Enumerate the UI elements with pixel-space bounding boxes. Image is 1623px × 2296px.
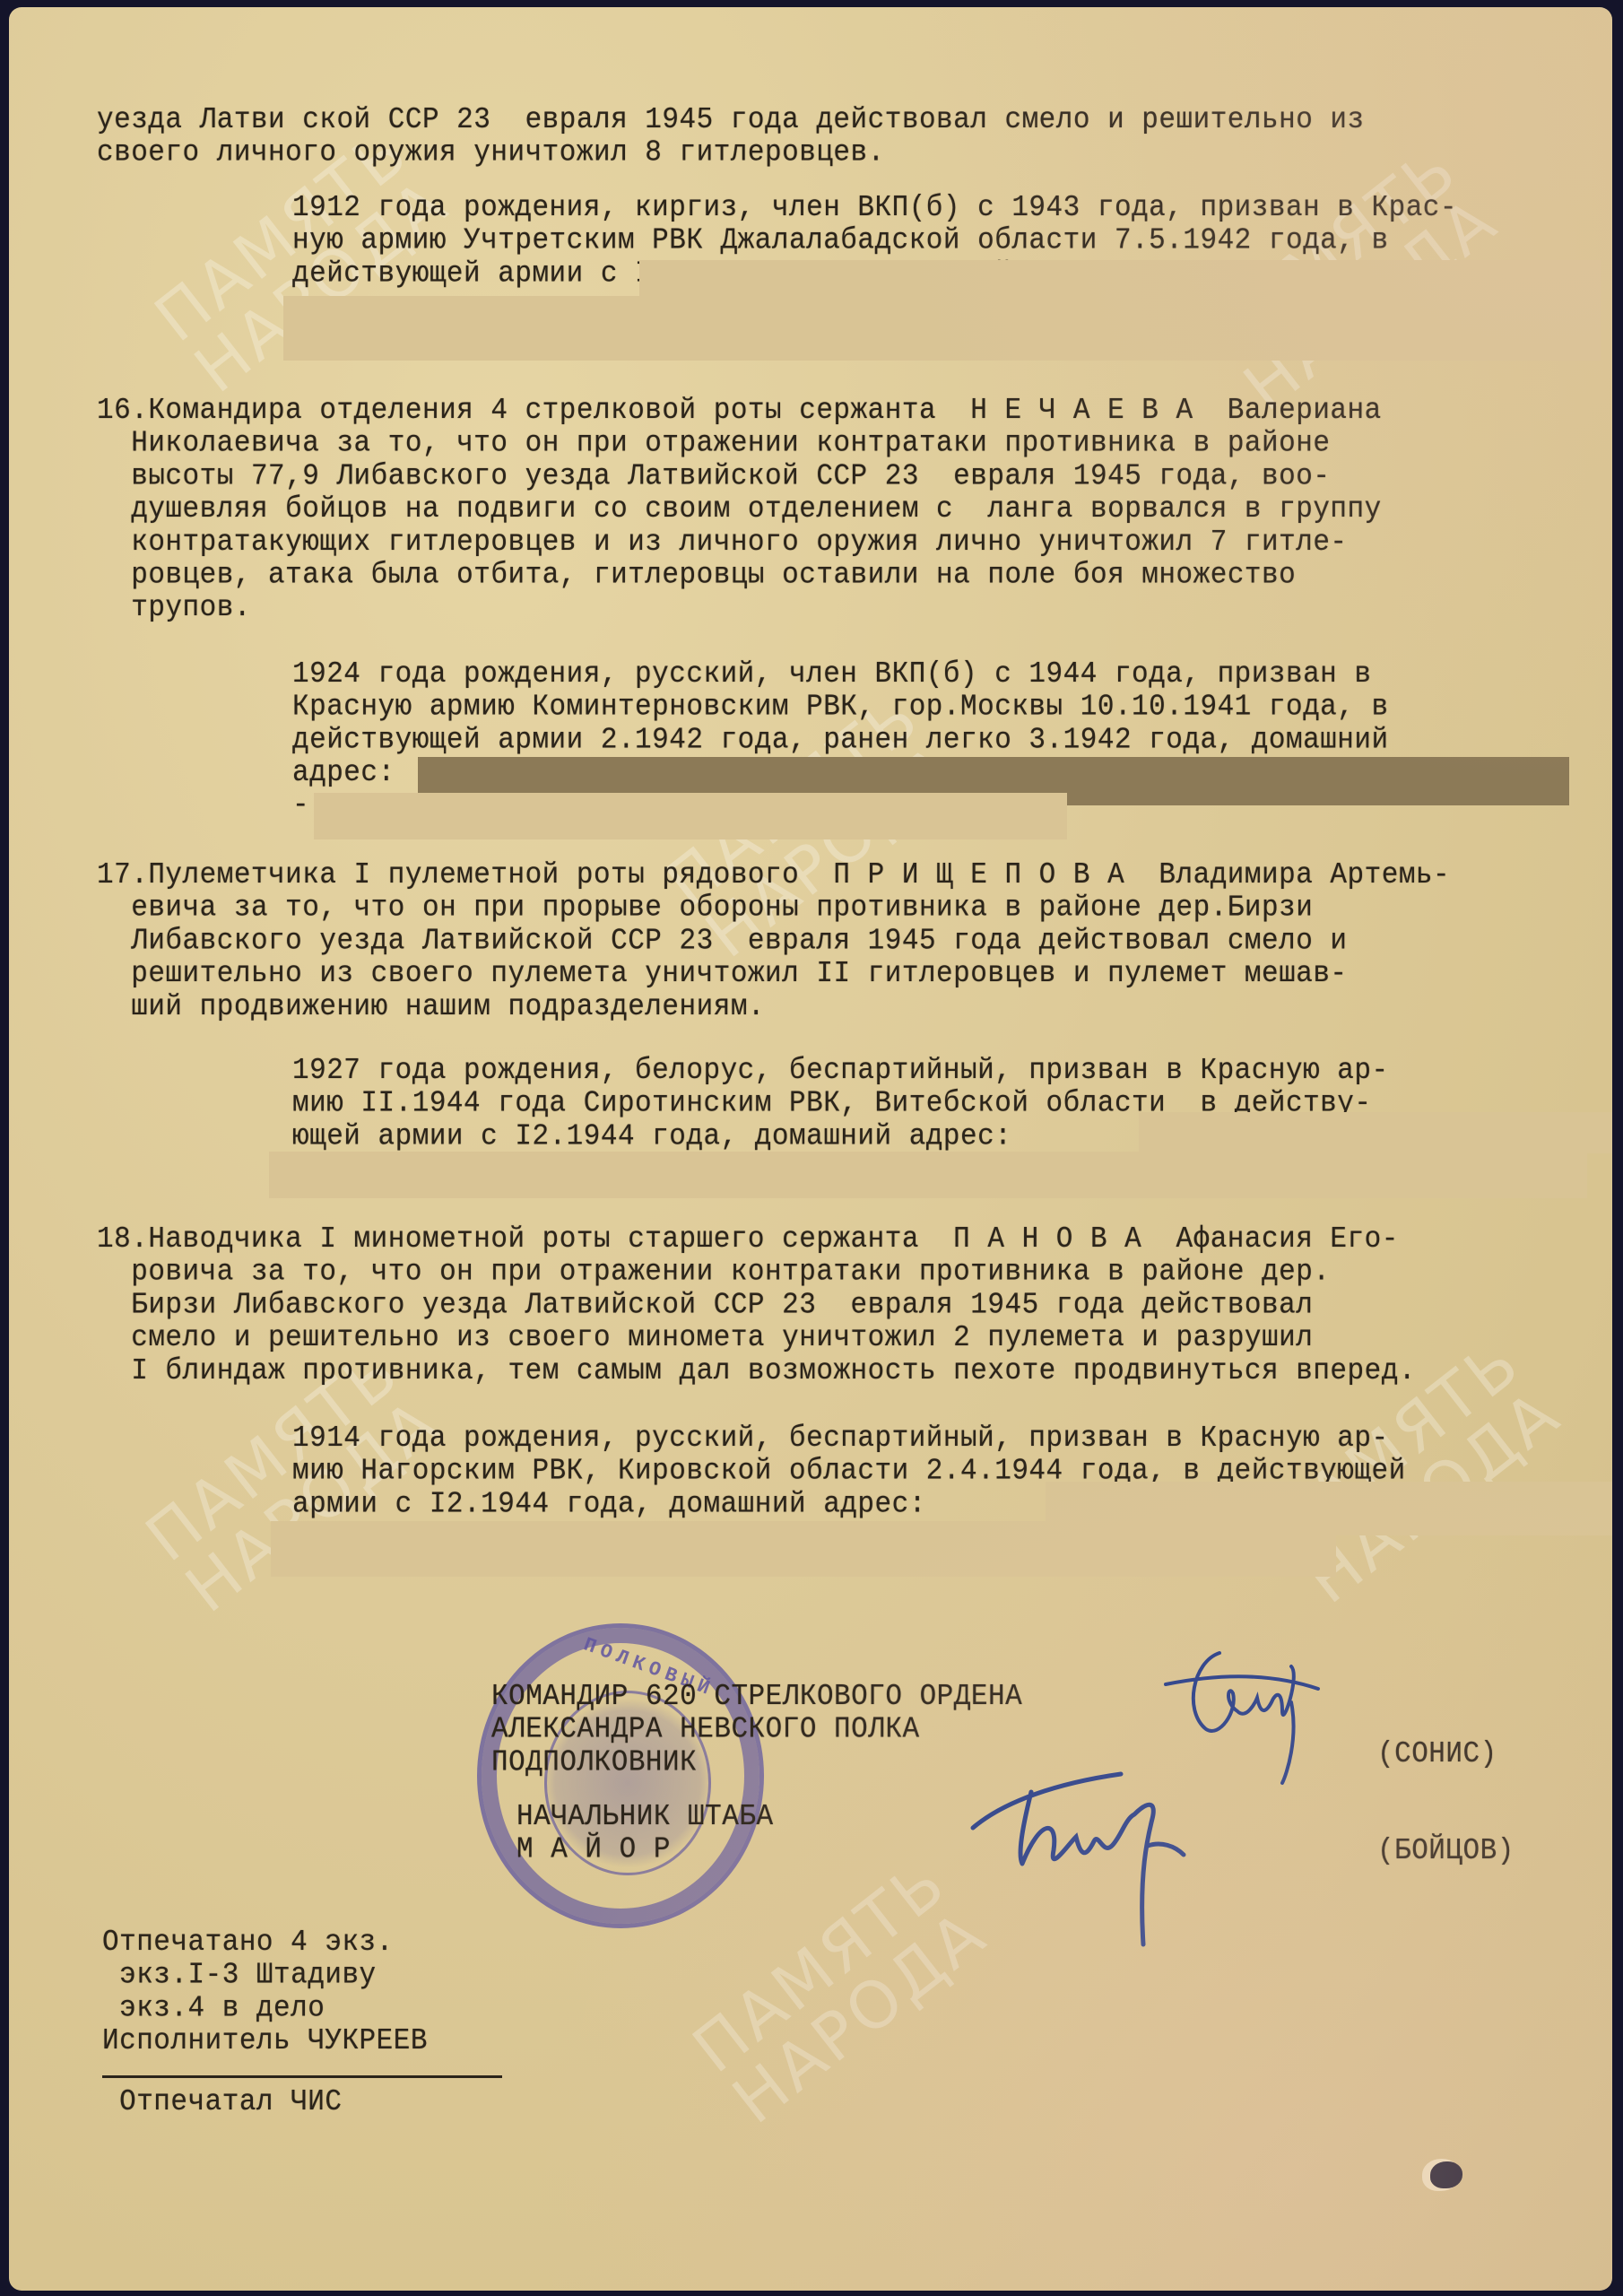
redacted-address [271, 1521, 1336, 1577]
award-entry-18: 18.Наводчика I минометной роты старшего … [97, 1223, 1416, 1388]
document-page: ПАМЯТЬ НАРОДА ПАМЯТЬ НАРОДА ПАМЯТЬ НАРОД… [9, 7, 1612, 2291]
redacted-address [639, 260, 1601, 296]
redacted-address [1139, 1112, 1612, 1153]
entry-number: 18. [97, 1222, 148, 1257]
award-entry-17: 17.Пулеметчика I пулеметной роты рядовог… [97, 859, 1450, 1024]
punch-hole [1430, 2161, 1462, 2188]
commander-title: КОМАНДИР 620 СТРЕЛКОВОГО ОРДЕНА АЛЕКСАНД… [491, 1681, 1022, 1779]
distribution-notes: Отпечатано 4 экз. экз.I-3 Штадиву экз.4 … [102, 1926, 428, 2058]
watermark: ПАМЯТЬ НАРОДА [682, 1848, 997, 2134]
chief-of-staff-title: НАЧАЛЬНИК ШТАБА М А Й О Р [516, 1801, 774, 1866]
typist-note: Отпечатал ЧИС [102, 2086, 342, 2119]
redacted-address [283, 296, 1601, 361]
redacted-address [269, 1152, 1587, 1198]
divider-line [102, 2075, 502, 2078]
entry-number: 16. [97, 394, 148, 428]
award-entry-16: 16.Командира отделения 4 стрелковой роты… [97, 395, 1382, 625]
carryover-text: уезда Латви ской ССР 23 евраля 1945 года… [97, 104, 1365, 170]
entry-number: 17. [97, 858, 148, 892]
chief-of-staff-signature [968, 1765, 1219, 1953]
redacted-address [314, 793, 1067, 839]
commander-name: (СОНИС) [1377, 1738, 1497, 1771]
dash-mark: - [292, 789, 309, 822]
chief-of-staff-name: (БОЙЦОВ) [1377, 1835, 1515, 1868]
